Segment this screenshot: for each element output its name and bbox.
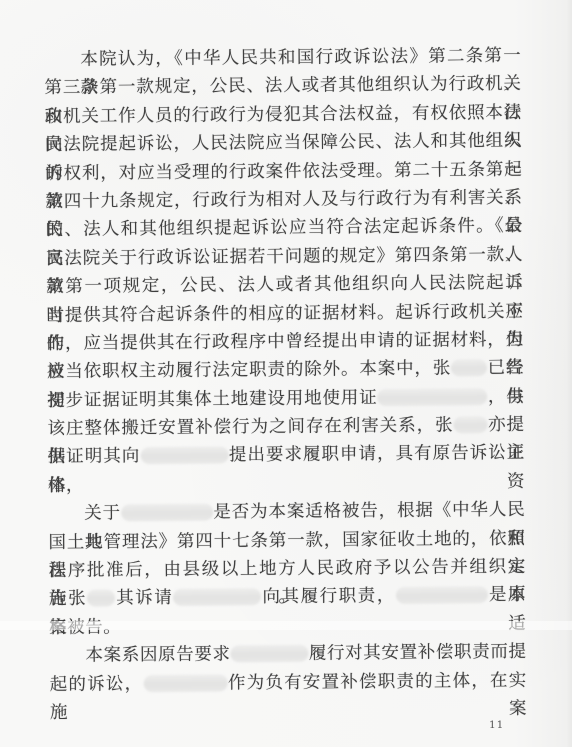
- document-line: 第三条第一款规定，公民、法人或者其他组织认为行政机关和行: [44, 70, 521, 103]
- redaction-blob: [396, 587, 488, 605]
- text-segment: ，与: [487, 387, 524, 407]
- document-line: 本案系因原告要求履行对其安置补偿职责而提: [49, 638, 526, 671]
- text-segment: 格被告。: [49, 617, 121, 638]
- document-line: 民、法人和其他组织提起诉讼应当符合法定起诉条件。《最高人: [46, 212, 523, 245]
- text-segment: 格，: [48, 476, 84, 496]
- text-segment: 向其履行职责，: [261, 586, 396, 607]
- page-number: 11: [489, 719, 504, 731]
- text-segment: 起的诉讼，: [50, 674, 144, 695]
- text-segment: 据证明其向: [48, 447, 141, 468]
- document-line: 的，应当提供其在行政程序中曾经提出申请的证据材料，但被告: [47, 326, 524, 359]
- redaction-blob: [140, 447, 228, 465]
- text-segment: 应当依职权主动履行法定职责的除外。本案中，张: [47, 359, 451, 383]
- document-line: 起的诉讼，作为负有安置补偿职责的主体，在实施案: [50, 666, 527, 699]
- redaction-blob: [121, 504, 213, 522]
- redaction-blob: [453, 416, 487, 433]
- document-line: 第四十九条规定，行政行为相对人及与行政行为有利害关系的公: [45, 184, 522, 217]
- text-segment: 该庄整体搬迁安置补偿行为之间存在利害关系，张: [47, 416, 453, 440]
- document-body-text: 本院认为，《中华人民共和国行政诉讼法》第二条第一款、第三条第一款规定，公民、法人…: [44, 42, 527, 699]
- redaction-blob: [87, 590, 115, 607]
- document-line: 民法院关于行政诉讼证据若干问题的规定》第四条第一款、第二: [46, 241, 523, 274]
- document-line: 程序批准后，由县级以上地方人民政府予以公告并组织实施。原: [49, 553, 526, 586]
- document-line: 诉权利，对应当受理的行政案件依法受理。第二十五条第一款、: [45, 155, 522, 188]
- text-segment: 关于: [84, 504, 121, 524]
- document-line: 当提供其符合起诉条件的相应的证据材料。起诉行政机关不作为: [46, 297, 523, 330]
- document-line: 本院认为，《中华人民共和国行政诉讼法》第二条第一款、: [44, 42, 521, 75]
- text-segment: 告张: [49, 589, 87, 609]
- text-segment: 初步证据证明其集体土地建设用地使用证: [47, 388, 377, 411]
- redaction-blob: [173, 589, 261, 607]
- text-segment: 履行对其安置补偿职责而提: [309, 642, 527, 664]
- document-line: 据证明其向提出要求履职申请，具有原告诉讼主体资: [48, 439, 525, 472]
- document-line: 关于是否为本案适格被告，根据《中华人民共和: [48, 496, 525, 529]
- document-line: 初步证据证明其集体土地建设用地使用证，与: [47, 383, 524, 416]
- document-line: 国土地管理法》第四十七条第一款，国家征收土地的，依照法定: [48, 524, 525, 557]
- scanned-document-page: 本院认为，《中华人民共和国行政诉讼法》第二条第一款、第三条第一款规定，公民、法人…: [0, 0, 572, 747]
- text-segment: 其诉请: [115, 588, 173, 609]
- document-line: 应当依职权主动履行法定职责的除外。本案中，张已经提供: [47, 354, 524, 387]
- redaction-blob: [143, 674, 227, 692]
- redaction-blob: [231, 645, 309, 663]
- document-line: 款第一项规定，公民、法人或者其他组织向人民法院起诉时，应: [46, 269, 523, 302]
- document-line: 民法院提起诉讼，人民法院应当保障公民、法人和其他组织的起: [45, 127, 522, 160]
- document-line: 政机关工作人员的行政行为侵犯其合法权益，有权依照本法向人: [45, 99, 522, 132]
- document-line: 该庄整体搬迁安置补偿行为之间存在利害关系，张亦提供证: [47, 411, 524, 444]
- redaction-blob: [451, 359, 487, 376]
- redaction-blob: [377, 388, 487, 406]
- text-segment: 本案系因原告要求: [85, 645, 230, 666]
- document-line: 告张其诉请向其履行职责，是本案适: [49, 581, 526, 614]
